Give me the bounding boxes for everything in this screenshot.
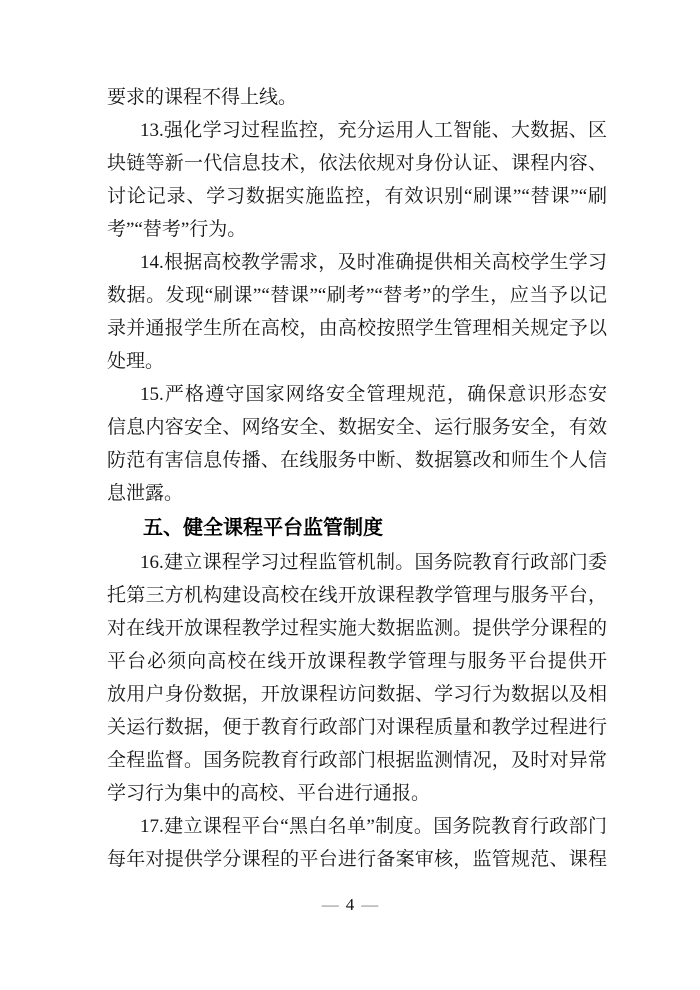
text-line: 14.根据高校教学需求，及时准确提供相关高校学生学习 [107, 246, 607, 279]
footer-dash-left: — [322, 895, 339, 914]
text-line: 13.强化学习过程监控，充分运用人工智能、大数据、区 [107, 114, 607, 147]
page-number: 4 [339, 895, 362, 914]
text-line: 17.建立课程平台“黑白名单”制度。国务院教育行政部门 [107, 810, 607, 843]
text-line: 关运行数据，便于教育行政部门对课程质量和教学过程进行 [107, 711, 607, 744]
text-line: 放用户身份数据，开放课程访问数据、学习行为数据以及相 [107, 678, 607, 711]
text-line: 要求的课程不得上线。 [107, 81, 607, 114]
text-line: 平台必须向高校在线开放课程教学管理与服务平台提供开 [107, 645, 607, 678]
section-heading: 五、健全课程平台监管制度 [107, 510, 607, 546]
text-line: 信息内容安全、网络安全、数据安全、运行服务安全，有效 [107, 411, 607, 444]
text-line: 块链等新一代信息技术，依法依规对身份认证、课程内容、 [107, 147, 607, 180]
text-line: 对在线开放课程教学过程实施大数据监测。提供学分课程的 [107, 612, 607, 645]
text-line: 数据。发现“刷课”“替课”“刷考”“替考”的学生，应当予以记 [107, 279, 607, 312]
text-line: 考”“替考”行为。 [107, 213, 607, 246]
text-line: 15.严格遵守国家网络安全管理规范，确保意识形态安全、 [107, 378, 607, 411]
text-line: 全程监督。国务院教育行政部门根据监测情况，及时对异常 [107, 744, 607, 777]
text-block: 要求的课程不得上线。13.强化学习过程监控，充分运用人工智能、大数据、区块链等新… [107, 81, 607, 876]
page-footer: —4— [0, 893, 700, 917]
text-line: 讨论记录、学习数据实施监控，有效识别“刷课”“替课”“刷 [107, 180, 607, 213]
document-page: 要求的课程不得上线。13.强化学习过程监控，充分运用人工智能、大数据、区块链等新… [0, 0, 700, 990]
text-line: 学习行为集中的高校、平台进行通报。 [107, 777, 607, 810]
text-line: 每年对提供学分课程的平台进行备案审核，监管规范、课程 [107, 843, 607, 876]
footer-dash-right: — [361, 895, 378, 914]
text-line: 处理。 [107, 345, 607, 378]
text-line: 托第三方机构建设高校在线开放课程教学管理与服务平台， [107, 579, 607, 612]
text-line: 息泄露。 [107, 477, 607, 510]
text-line: 防范有害信息传播、在线服务中断、数据篡改和师生个人信 [107, 444, 607, 477]
text-line: 16.建立课程学习过程监管机制。国务院教育行政部门委 [107, 546, 607, 579]
text-line: 录并通报学生所在高校，由高校按照学生管理相关规定予以 [107, 312, 607, 345]
